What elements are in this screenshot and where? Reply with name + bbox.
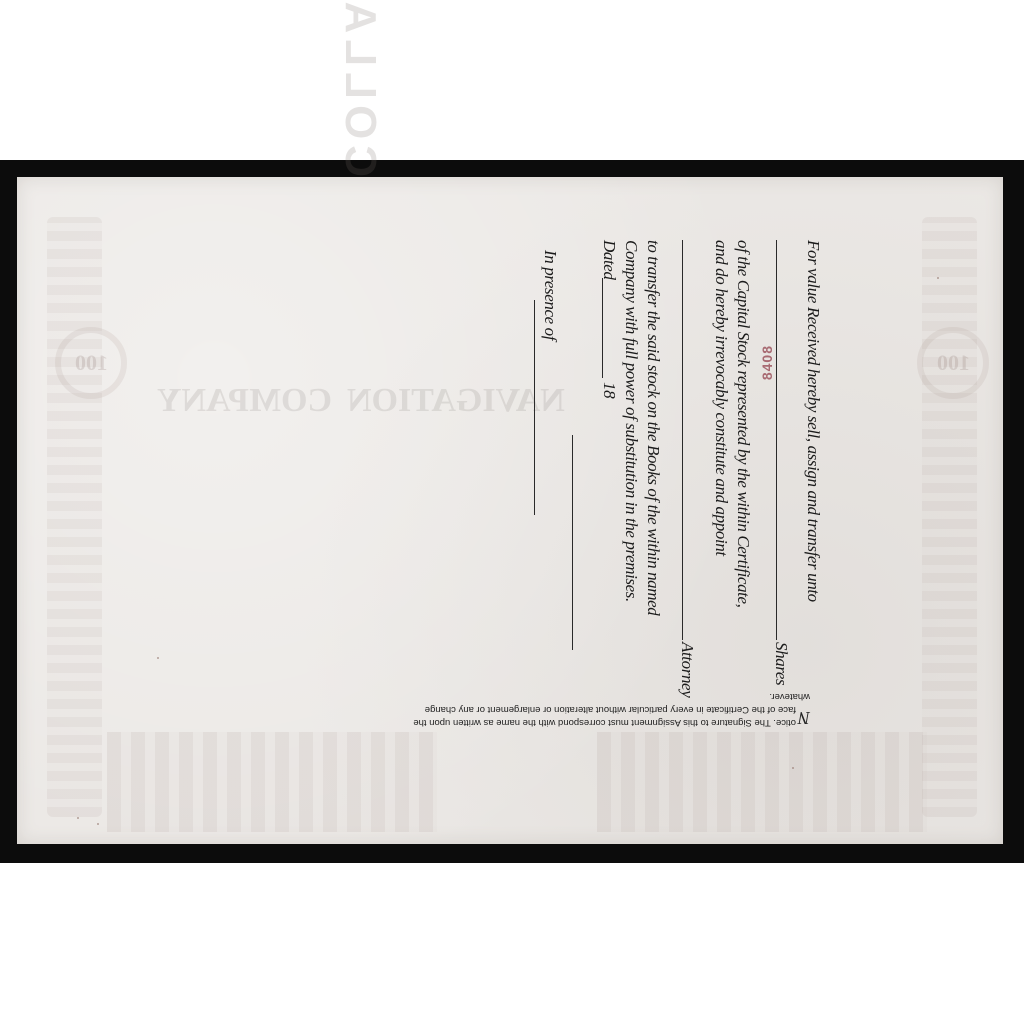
serial-number: 8408	[759, 345, 775, 380]
attorney-blank[interactable]	[682, 240, 683, 640]
show-through-corner-value: 100	[55, 327, 127, 399]
paper-speck	[77, 817, 79, 819]
dated-label: Dated	[599, 240, 619, 280]
assignment-form: For value Received hereby sell, assign a…	[415, 240, 885, 660]
assignment-line-6: to transfer the said stock on the Books …	[643, 240, 663, 615]
show-through-left-border	[47, 217, 102, 817]
year-prefix: 18	[599, 382, 619, 398]
assignment-line-3: of the Capital Stock represented by the …	[733, 240, 753, 607]
dated-blank[interactable]	[602, 278, 603, 378]
corner-value-text: 100	[937, 350, 970, 376]
paper-speck	[157, 657, 159, 659]
notice-text: otice. The Signature to this Assignment …	[413, 691, 810, 728]
corner-value-text: 100	[75, 350, 108, 376]
assignment-line-4: and do hereby irrevocably constitute and…	[711, 240, 731, 556]
paper-speck	[937, 277, 939, 279]
witness-label: In presence of	[540, 250, 560, 340]
shares-label: Shares	[771, 642, 791, 685]
show-through-vertical-watermark: COLLATERAL SAMPLE	[335, 0, 385, 177]
shares-blank[interactable]	[776, 240, 777, 640]
show-through-corner-value: 100	[917, 327, 989, 399]
show-through-border-band	[597, 732, 927, 832]
paper-speck	[97, 823, 99, 825]
show-through-company-name: COMPANY	[157, 382, 332, 420]
signature-notice: Notice. The Signature to this Assignment…	[410, 690, 810, 729]
show-through-right-border	[922, 217, 977, 817]
paper-speck	[792, 767, 794, 769]
assignment-line-7: Company with full power of substitution …	[621, 240, 641, 602]
witness-signature-line[interactable]	[534, 300, 535, 515]
assignment-line-1: For value Received hereby sell, assign a…	[803, 240, 823, 602]
signature-line[interactable]	[572, 435, 573, 650]
notice-initial: N	[798, 707, 810, 729]
show-through-border-band	[107, 732, 437, 832]
